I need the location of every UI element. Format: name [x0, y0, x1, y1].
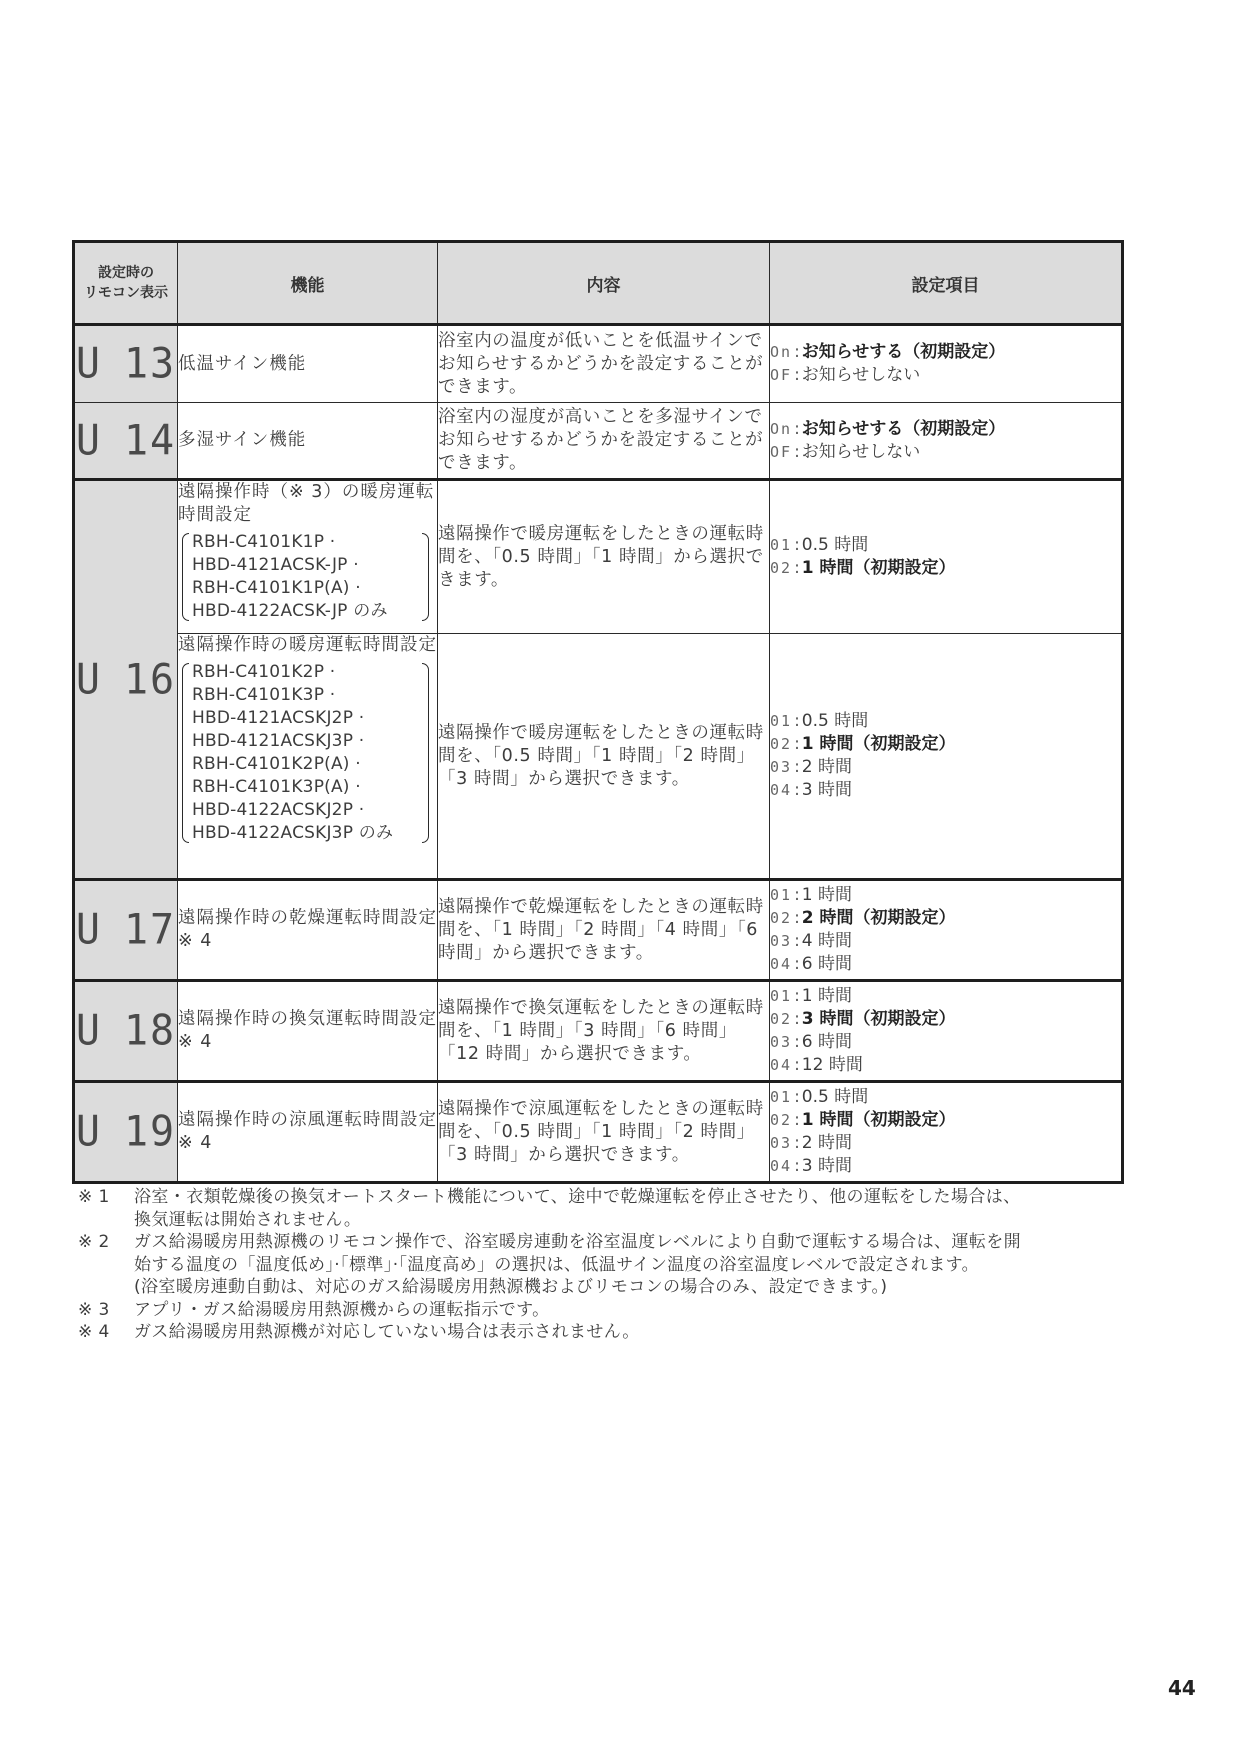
- option-item: 03:6 時間: [770, 1031, 1121, 1054]
- function-cell: 遠隔操作時（※ 3）の暖房運転時間設定 RBH-C4101K1P · HBD-4…: [178, 480, 438, 634]
- model-item: RBH-C4101K2P(A) ·: [192, 753, 419, 776]
- remocon-code-u18: U18: [74, 981, 178, 1082]
- footnote-4: ※ 4 ガス給湯暖房用熱源機が対応していない場合は表示されません。: [78, 1321, 1128, 1344]
- header-settings: 設定項目: [770, 242, 1123, 325]
- remocon-code-u13: U13: [74, 325, 178, 403]
- option-item: 03:2 時間: [770, 1132, 1121, 1155]
- options-cell: On:お知らせする（初期設定） OF:お知らせしない: [770, 403, 1123, 480]
- option-item: 01:0.5 時間: [770, 534, 1121, 557]
- option-item: 04:6 時間: [770, 953, 1121, 976]
- option-item: 02:1 時間（初期設定）: [770, 1109, 1121, 1132]
- remocon-code-u16: U16: [74, 480, 178, 880]
- function-cell: 遠隔操作時の涼風運転時間設定※ 4: [178, 1082, 438, 1183]
- header-remocon-display: 設定時の リモコン表示: [74, 242, 178, 325]
- option-item: 02:2 時間（初期設定）: [770, 907, 1121, 930]
- options-cell: 01:1 時間 02:3 時間（初期設定） 03:6 時間 04:12 時間: [770, 981, 1123, 1082]
- option-item: 01:0.5 時間: [770, 1086, 1121, 1109]
- table-row-u19: U19 遠隔操作時の涼風運転時間設定※ 4 遠隔操作で涼風運転をしたときの運転時…: [74, 1082, 1123, 1183]
- description-cell: 遠隔操作で乾燥運転をしたときの運転時間を、「1 時間」「2 時間」「4 時間」「…: [438, 880, 770, 981]
- remote-settings-table: 設定時の リモコン表示 機能 内容 設定項目 U13 低温サイン機能 浴室内の温…: [72, 240, 1124, 1184]
- model-item: HBD-4122ACSKJ3P のみ: [192, 822, 419, 845]
- options-cell: 01:1 時間 02:2 時間（初期設定） 03:4 時間 04:6 時間: [770, 880, 1123, 981]
- option-item: 01:0.5 時間: [770, 710, 1121, 733]
- function-cell: 遠隔操作時の乾燥運転時間設定※ 4: [178, 880, 438, 981]
- footnote-3: ※ 3 アプリ・ガス給湯暖房用熱源機からの運転指示です。: [78, 1299, 1128, 1322]
- function-text: 遠隔操作時の暖房運転時間設定: [178, 635, 437, 655]
- option-item: On:お知らせする（初期設定）: [770, 418, 1121, 441]
- segment-display: U14: [76, 416, 176, 464]
- footnote-text: ガス給湯暖房用熱源機のリモコン操作で、浴室暖房連動を浴室温度レベルにより自動で運…: [134, 1231, 1128, 1299]
- segment-display: U16: [76, 655, 176, 703]
- option-item: 02:3 時間（初期設定）: [770, 1008, 1121, 1031]
- footnote-1: ※ 1 浴室・衣類乾燥後の換気オートスタート機能について、途中で乾燥運転を停止さ…: [78, 1186, 1128, 1231]
- option-item: 01:1 時間: [770, 884, 1121, 907]
- table-header-row: 設定時の リモコン表示 機能 内容 設定項目: [74, 242, 1123, 325]
- option-item: 03:2 時間: [770, 756, 1121, 779]
- footnote-text: アプリ・ガス給湯暖房用熱源機からの運転指示です。: [134, 1299, 1128, 1322]
- description-cell: 遠隔操作で暖房運転をしたときの運転時間を、「0.5 時間」「1 時間」「2 時間…: [438, 634, 770, 880]
- model-item: HBD-4122ACSKJ2P ·: [192, 799, 419, 822]
- table-row-u16-b: 遠隔操作時の暖房運転時間設定 RBH-C4101K2P · RBH-C4101K…: [74, 634, 1123, 880]
- model-list: RBH-C4101K1P · HBD-4121ACSK-JP · RBH-C41…: [182, 531, 429, 623]
- footnote-marker: ※ 2: [78, 1231, 134, 1299]
- table-row-u16-a: U16 遠隔操作時（※ 3）の暖房運転時間設定 RBH-C4101K1P · H…: [74, 480, 1123, 634]
- option-item: 01:1 時間: [770, 985, 1121, 1008]
- options-cell: 01:0.5 時間 02:1 時間（初期設定）: [770, 480, 1123, 634]
- option-item: 02:1 時間（初期設定）: [770, 557, 1121, 580]
- option-item: OF:お知らせしない: [770, 441, 1121, 464]
- remocon-code-u17: U17: [74, 880, 178, 981]
- description-cell: 遠隔操作で暖房運転をしたときの運転時間を、「0.5 時間」「1 時間」から選択で…: [438, 480, 770, 634]
- function-cell: 遠隔操作時の暖房運転時間設定 RBH-C4101K2P · RBH-C4101K…: [178, 634, 438, 880]
- option-item: 03:4 時間: [770, 930, 1121, 953]
- description-cell: 浴室内の温度が低いことを低温サインでお知らせするかどうかを設定することができます…: [438, 325, 770, 403]
- footnote-marker: ※ 3: [78, 1299, 134, 1322]
- table-row-u17: U17 遠隔操作時の乾燥運転時間設定※ 4 遠隔操作で乾燥運転をしたときの運転時…: [74, 880, 1123, 981]
- options-cell: On:お知らせする（初期設定） OF:お知らせしない: [770, 325, 1123, 403]
- footnotes: ※ 1 浴室・衣類乾燥後の換気オートスタート機能について、途中で乾燥運転を停止さ…: [78, 1186, 1128, 1344]
- model-item: RBH-C4101K3P(A) ·: [192, 776, 419, 799]
- remocon-code-u19: U19: [74, 1082, 178, 1183]
- segment-display: U19: [76, 1108, 176, 1156]
- table-row-u18: U18 遠隔操作時の換気運転時間設定※ 4 遠隔操作で換気運転をしたときの運転時…: [74, 981, 1123, 1082]
- model-item: RBH-C4101K1P ·: [192, 531, 419, 554]
- header-remocon-line2: リモコン表示: [84, 285, 168, 301]
- segment-display: U13: [76, 340, 176, 388]
- model-item: HBD-4122ACSK-JP のみ: [192, 600, 419, 623]
- model-item: HBD-4121ACSKJ2P ·: [192, 707, 419, 730]
- function-cell: 低温サイン機能: [178, 325, 438, 403]
- footnote-marker: ※ 4: [78, 1321, 134, 1344]
- segment-display: U18: [76, 1007, 176, 1055]
- remocon-code-u14: U14: [74, 403, 178, 480]
- function-cell: 多湿サイン機能: [178, 403, 438, 480]
- description-cell: 浴室内の湿度が高いことを多湿サインでお知らせするかどうかを設定することができます…: [438, 403, 770, 480]
- function-text: 遠隔操作時（※ 3）の暖房運転時間設定: [178, 482, 434, 525]
- footnote-text: ガス給湯暖房用熱源機が対応していない場合は表示されません。: [134, 1321, 1128, 1344]
- header-function: 機能: [178, 242, 438, 325]
- description-cell: 遠隔操作で涼風運転をしたときの運転時間を、「0.5 時間」「1 時間」「2 時間…: [438, 1082, 770, 1183]
- option-item: 02:1 時間（初期設定）: [770, 733, 1121, 756]
- segment-display: U17: [76, 906, 176, 954]
- option-item: On:お知らせする（初期設定）: [770, 341, 1121, 364]
- model-item: RBH-C4101K1P(A) ·: [192, 577, 419, 600]
- options-cell: 01:0.5 時間 02:1 時間（初期設定） 03:2 時間 04:3 時間: [770, 1082, 1123, 1183]
- table-row-u13: U13 低温サイン機能 浴室内の温度が低いことを低温サインでお知らせするかどうか…: [74, 325, 1123, 403]
- table-row-u14: U14 多湿サイン機能 浴室内の湿度が高いことを多湿サインでお知らせするかどうか…: [74, 403, 1123, 480]
- model-item: RBH-C4101K2P ·: [192, 661, 419, 684]
- model-item: HBD-4121ACSKJ3P ·: [192, 730, 419, 753]
- options-cell: 01:0.5 時間 02:1 時間（初期設定） 03:2 時間 04:3 時間: [770, 634, 1123, 880]
- model-item: RBH-C4101K3P ·: [192, 684, 419, 707]
- page-number: 44: [1168, 1676, 1196, 1700]
- model-list: RBH-C4101K2P · RBH-C4101K3P · HBD-4121AC…: [182, 661, 429, 845]
- function-cell: 遠隔操作時の換気運転時間設定※ 4: [178, 981, 438, 1082]
- option-item: 04:12 時間: [770, 1054, 1121, 1077]
- header-remocon-line1: 設定時の: [98, 265, 154, 281]
- option-item: OF:お知らせしない: [770, 364, 1121, 387]
- header-content: 内容: [438, 242, 770, 325]
- footnote-text: 浴室・衣類乾燥後の換気オートスタート機能について、途中で乾燥運転を停止させたり、…: [134, 1186, 1128, 1231]
- manual-page: 設定時の リモコン表示 機能 内容 設定項目 U13 低温サイン機能 浴室内の温…: [0, 0, 1240, 1754]
- footnote-2: ※ 2 ガス給湯暖房用熱源機のリモコン操作で、浴室暖房連動を浴室温度レベルにより…: [78, 1231, 1128, 1299]
- option-item: 04:3 時間: [770, 1155, 1121, 1178]
- option-item: 04:3 時間: [770, 779, 1121, 802]
- description-cell: 遠隔操作で換気運転をしたときの運転時間を、「1 時間」「3 時間」「6 時間」「…: [438, 981, 770, 1082]
- footnote-marker: ※ 1: [78, 1186, 134, 1231]
- model-item: HBD-4121ACSK-JP ·: [192, 554, 419, 577]
